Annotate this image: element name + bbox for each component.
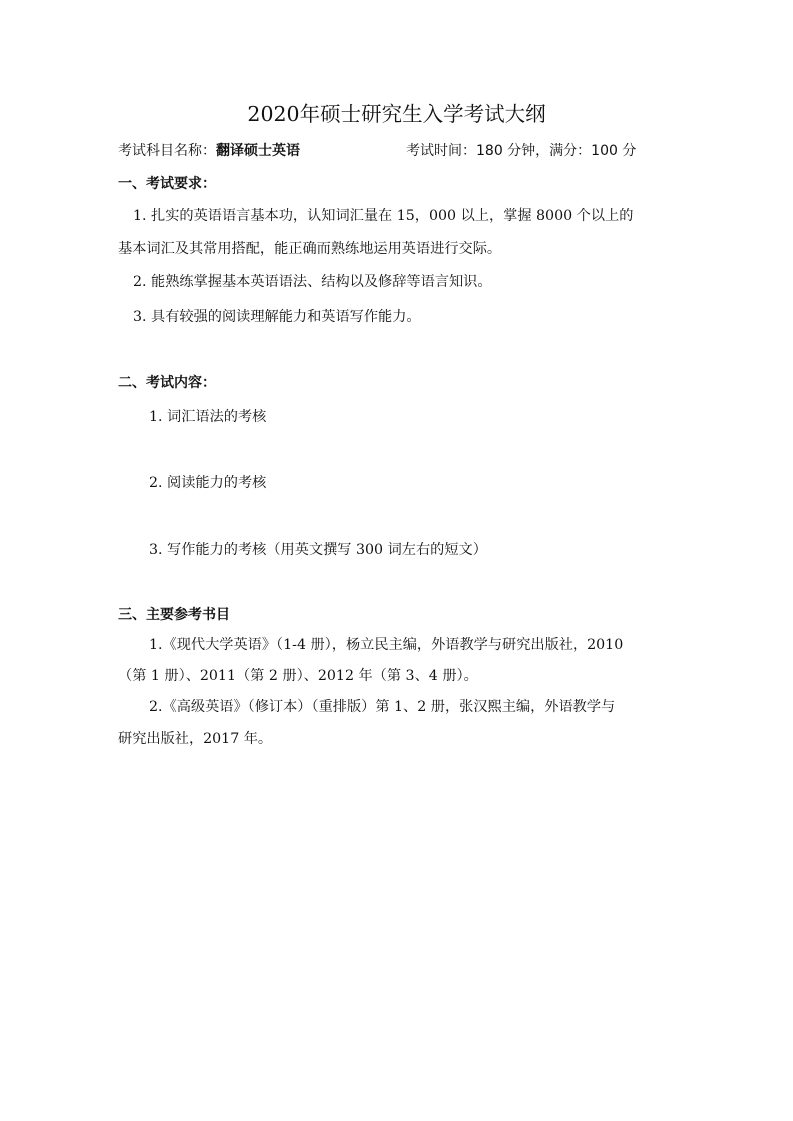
- reference-item-1-line1: 1.《现代大学英语》（1-4 册），杨立民主编，外语教学与研究出版社，2010: [149, 635, 623, 655]
- subject-label: 考试科目名称：: [118, 143, 216, 159]
- subject-line: 考试科目名称：翻译硕士英语: [118, 141, 300, 161]
- section-heading-requirements: 一、考试要求：: [118, 174, 216, 194]
- reference-item-2-line2: 研究出版社，2017 年。: [118, 729, 272, 749]
- content-item-3: 3. 写作能力的考核（用英文撰写 300 词左右的短文）: [149, 540, 487, 560]
- page-title: 2020年硕士研究生入学考试大纲: [0, 100, 793, 128]
- requirement-item-1-line2: 基本词汇及其常用搭配，能正确而熟练地运用英语进行交际。: [118, 239, 501, 259]
- section-heading-content: 二、考试内容：: [118, 373, 216, 393]
- requirement-item-3: 3. 具有较强的阅读理解能力和英语写作能力。: [133, 307, 421, 327]
- exam-time-info: 考试时间：180 分钟，满分：100 分: [406, 141, 636, 161]
- requirement-item-2: 2. 能熟练掌握基本英语语法、结构以及修辞等语言知识。: [133, 272, 492, 292]
- subject-value: 翻译硕士英语: [216, 143, 300, 159]
- reference-item-1-line2: （第 1 册）、2011（第 2 册）、2012 年（第 3、4 册）。: [118, 666, 478, 686]
- content-item-2: 2. 阅读能力的考核: [149, 473, 266, 493]
- content-item-1: 1. 词汇语法的考核: [149, 407, 266, 427]
- requirement-item-1-line1: 1. 扎实的英语语言基本功，认知词汇量在 15，000 以上，掌握 8000 个…: [133, 206, 633, 226]
- reference-item-2-line1: 2.《高级英语》（修订本）（重排版）第 1、2 册，张汉熙主编，外语教学与: [149, 697, 615, 717]
- section-heading-references: 三、主要参考书目: [118, 605, 230, 625]
